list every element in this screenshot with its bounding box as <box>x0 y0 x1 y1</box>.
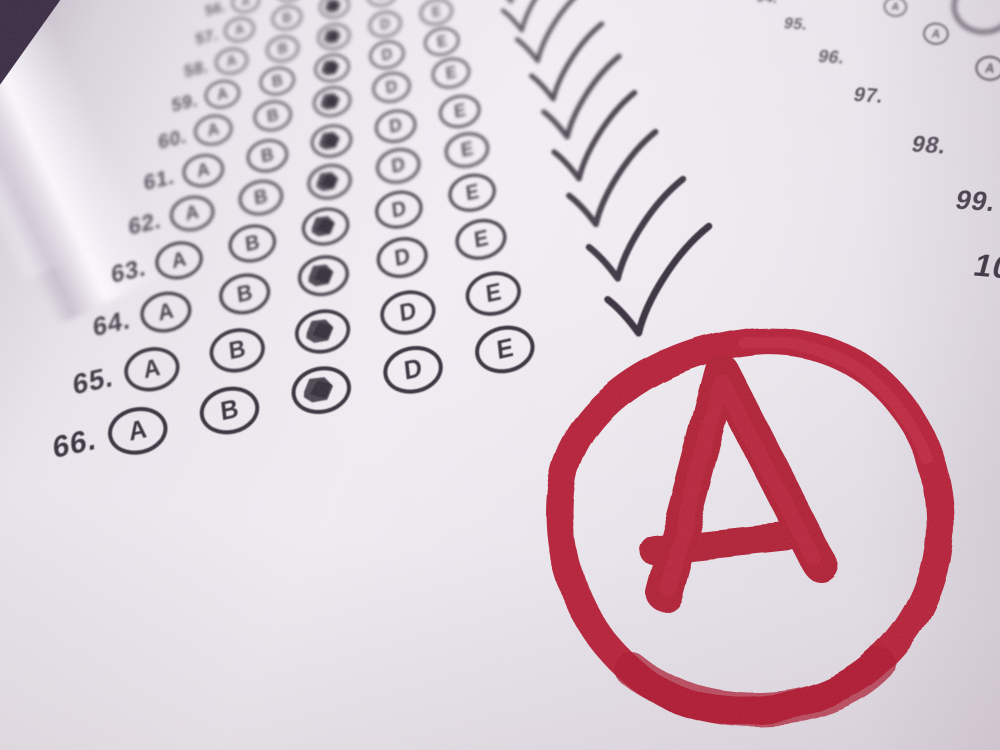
bubble-letter: A <box>984 61 996 75</box>
question-number: 61. <box>134 166 175 196</box>
bubble-letter: B <box>266 106 280 126</box>
question-number: 66. <box>39 424 97 467</box>
filled-bubble-option-c: C <box>311 50 353 86</box>
bubble-option-a: A <box>179 150 227 192</box>
grade-mark <box>532 312 977 742</box>
bubble-letter: D <box>390 197 407 221</box>
bubble-letter: E <box>464 180 480 204</box>
answer-row: 95.A <box>767 11 965 47</box>
question-number: 56. <box>198 0 226 20</box>
question-number: 57. <box>188 27 218 50</box>
filled-bubble-option-c: C <box>291 304 355 359</box>
bubble-option-e: E <box>428 53 473 92</box>
bubble-letter: B <box>253 186 269 209</box>
answer-row: 99. <box>927 179 997 222</box>
bubble-letter: C <box>317 214 334 238</box>
bubble-letter: A <box>127 415 148 445</box>
bubble-letter: C <box>329 0 340 14</box>
bubble-letter: C <box>313 317 332 345</box>
bubble-option-d: D <box>366 37 408 73</box>
bubble-letter: E <box>473 226 490 252</box>
question-number: 63. <box>100 255 146 290</box>
bubble-letter: D <box>376 0 387 2</box>
bubble-option-b: B <box>215 268 274 319</box>
bubble-letter: D <box>381 45 394 63</box>
bubble-option-b: B <box>205 323 269 378</box>
bubble-letter: B <box>271 72 284 90</box>
question-number: 65. <box>60 363 114 403</box>
bubble-option-b: B <box>269 2 305 33</box>
bubble-option-d: D <box>371 186 426 233</box>
bubble-letter: A <box>157 299 175 325</box>
question-number: 58. <box>176 58 209 83</box>
question-number: 100. <box>956 248 1000 286</box>
bubble-option-a: A <box>191 110 236 149</box>
filled-bubble-option-c: C <box>294 250 353 301</box>
question-number: 97. <box>831 83 887 106</box>
bubble-letter: A <box>234 22 245 38</box>
bubble-option-a: A <box>221 14 257 45</box>
bubble-option-e: E <box>444 169 499 216</box>
bubble-letter: D <box>403 354 424 384</box>
bubble-letter: A <box>240 0 250 9</box>
bubble-letter: C <box>325 92 339 112</box>
bubble-letter: E <box>444 63 457 82</box>
bubble-letter: B <box>236 281 254 307</box>
bubble-letter: B <box>228 336 247 364</box>
bubble-option-a: A <box>166 191 218 235</box>
bubble-option-d: D <box>379 340 448 399</box>
bubble-letter: D <box>393 244 411 270</box>
bubble-letter: D <box>379 16 391 33</box>
question-number: 99. <box>925 185 999 216</box>
bubble-option-b: B <box>256 63 298 99</box>
bubble-option-b: B <box>235 175 287 219</box>
answer-sheet-photo: 55.ABCDE56.ABCDE57.ABCDE58.ABCDE59.ABCDE… <box>0 0 1000 750</box>
bubble-letter: A <box>206 120 220 140</box>
bubble-letter: E <box>495 334 514 364</box>
bubble-letter: E <box>453 101 467 122</box>
bubble-option-a: A <box>151 236 206 283</box>
bubble-letter: A <box>196 160 211 181</box>
bubble-option-b: B <box>195 381 264 440</box>
bubble-option-d: D <box>376 285 440 340</box>
filled-bubble-option-c: C <box>310 82 355 121</box>
bubble-option-e: E <box>461 266 525 321</box>
question-number: 95. <box>766 14 809 32</box>
bubble-letter: B <box>277 40 289 57</box>
bubble-option-a: A <box>136 286 195 337</box>
bubble-letter: C <box>314 262 332 288</box>
bubble-letter: E <box>431 3 442 20</box>
question-number: 98. <box>885 131 949 158</box>
bubble-letter: D <box>385 77 399 97</box>
bubble-letter: A <box>171 248 188 272</box>
question-number: 96. <box>798 46 847 67</box>
grade-letter-a-strokes <box>654 372 820 594</box>
bubble-letter: A <box>226 52 238 69</box>
bubble-letter: A <box>931 28 941 40</box>
bubble-option-b: B <box>250 96 295 135</box>
answer-row: 98. <box>887 126 948 163</box>
bubble-option-e: E <box>421 23 463 59</box>
question-number: 64. <box>81 307 131 344</box>
filled-bubble-option-c: C <box>298 202 353 249</box>
answer-row: 100. <box>958 242 1000 293</box>
bubble-letter: A <box>142 355 161 383</box>
bubble-letter: A <box>891 1 900 12</box>
bubble-letter: A <box>216 85 229 103</box>
filled-bubble-option-c: C <box>307 120 355 162</box>
bubble-letter: C <box>311 375 332 405</box>
bubble-letter: D <box>388 115 403 136</box>
bubble-letter: B <box>260 145 275 166</box>
question-number: 59. <box>163 91 198 117</box>
answer-row: 97.A <box>832 79 1000 125</box>
bubble-option-b: B <box>225 219 280 266</box>
bubble-option-d: D <box>369 68 414 107</box>
bubble-letter: C <box>328 28 340 45</box>
bubble-option-d: D <box>372 232 431 283</box>
bubble-option-b: B <box>243 135 291 177</box>
bubble-option-a: A <box>202 76 244 112</box>
bubble-option-a: A <box>883 0 908 18</box>
filled-bubble-option-c: C <box>287 360 356 419</box>
bubble-option-e: E <box>435 90 483 132</box>
bubble-letter: A <box>184 202 200 225</box>
bubble-option-e: E <box>451 213 510 264</box>
bubble-option-a: A <box>103 401 172 460</box>
bubble-option-a: A <box>120 341 184 396</box>
bubble-letter: B <box>281 10 292 26</box>
answer-row: 96.A <box>799 43 1000 83</box>
bubble-letter: E <box>436 32 448 50</box>
filled-bubble-option-c: C <box>304 159 356 203</box>
bubble-option-a: A <box>974 55 1000 82</box>
question-number: 62. <box>118 209 162 242</box>
question-number: 60. <box>149 126 187 155</box>
bubble-letter: E <box>460 139 475 161</box>
bubble-letter: C <box>322 170 338 193</box>
question-number: 94. <box>740 0 780 6</box>
bubble-letter: B <box>244 231 261 255</box>
bubble-letter: C <box>324 130 339 151</box>
bubble-letter: D <box>398 298 417 326</box>
bubble-letter: C <box>326 59 339 77</box>
bubble-option-e: E <box>441 127 493 171</box>
bubble-option-a: A <box>922 22 949 46</box>
bubble-letter: D <box>390 154 406 177</box>
bubble-letter: B <box>219 395 240 425</box>
bubble-letter: E <box>484 279 502 307</box>
bubble-option-d: D <box>372 143 424 187</box>
bubble-option-d: D <box>371 105 419 147</box>
bubble-option-e: E <box>470 320 539 379</box>
